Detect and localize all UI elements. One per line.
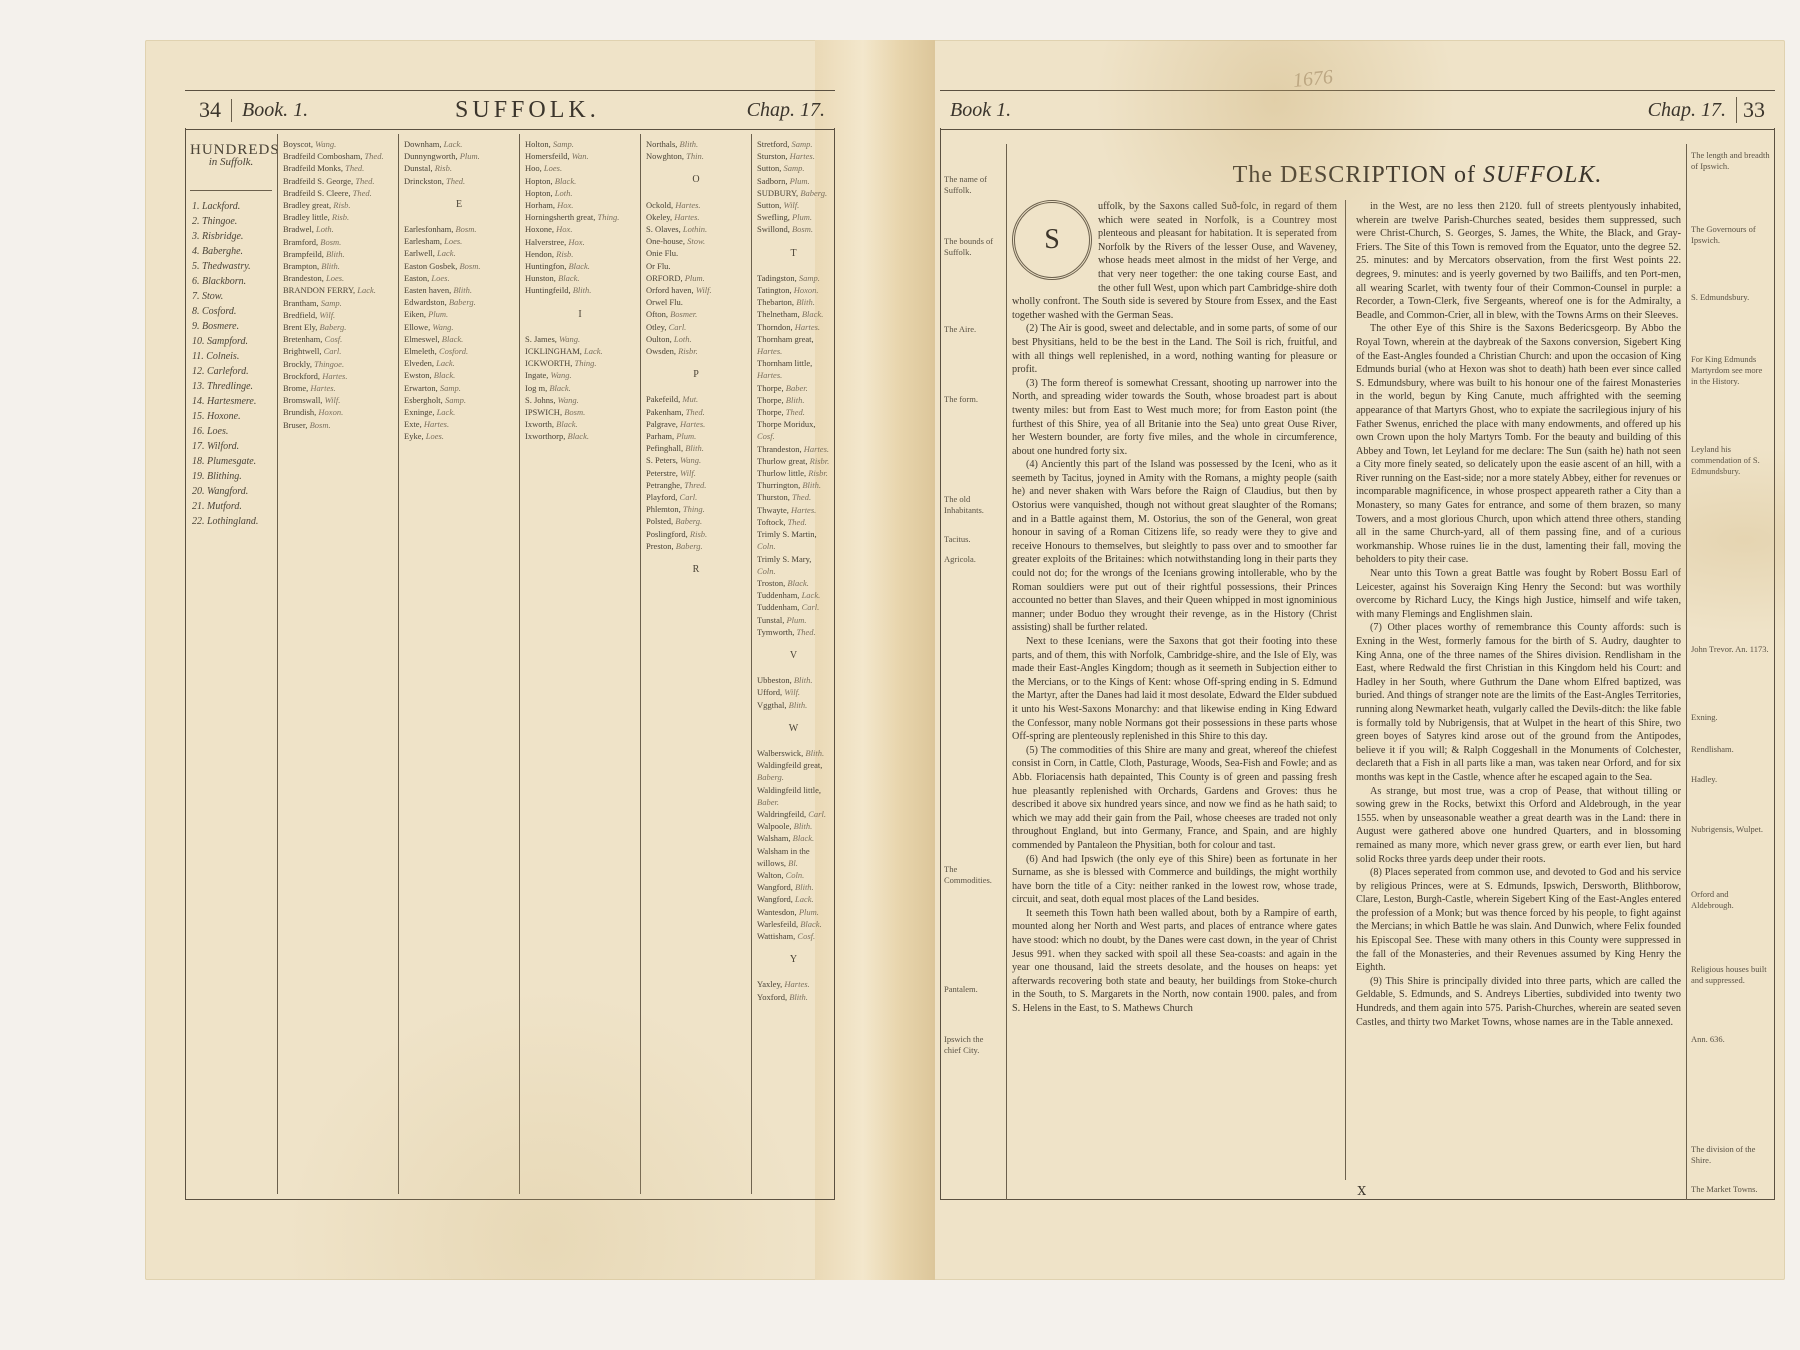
body-paragraph: As strange, but most true, was a crop of… xyxy=(1356,785,1681,867)
ornamental-drop-cap-icon: S xyxy=(1012,200,1092,280)
place-entry: Sutton, Samp. xyxy=(757,162,830,174)
place-entry: Thorpe, Thed. xyxy=(757,406,830,418)
place-entry: Bromswall, Wilf. xyxy=(283,394,393,406)
place-entry: Thurrington, Blith. xyxy=(757,479,830,491)
hundred-item: 14. Hartesmere. xyxy=(192,394,272,409)
place-entry: Bradwel, Loth. xyxy=(283,223,393,235)
place-entry: Thornham great, Hartes. xyxy=(757,333,830,357)
place-entry: Palgrave, Hartes. xyxy=(646,418,746,430)
place-entry: Brockly, Thingoe. xyxy=(283,358,393,370)
place-entry: Trimly S. Martin, Coln. xyxy=(757,528,830,552)
place-entry: Pakenham, Thed. xyxy=(646,406,746,418)
place-entry: Swillond, Bosm. xyxy=(757,223,830,235)
place-entry: Waldingfeild little, Baber. xyxy=(757,784,830,808)
chapter-label: Chap. 17. xyxy=(1648,99,1736,122)
margin-note: The Governours of Ipswich. xyxy=(1687,224,1775,246)
place-entry: Ixworth, Black. xyxy=(525,418,635,430)
place-entry: Brundish, Hoxon. xyxy=(283,406,393,418)
place-entry: Hoo, Loes. xyxy=(525,162,635,174)
hundred-item: 9. Bosmere. xyxy=(192,319,272,334)
place-entry: Otley, Carl. xyxy=(646,321,746,333)
place-entry: Brightwell, Carl. xyxy=(283,345,393,357)
place-entry: Downham, Lack. xyxy=(404,138,514,150)
place-entry: S. Peters, Wang. xyxy=(646,454,746,466)
place-entry: ICKLINGHAM, Lack. xyxy=(525,345,635,357)
margin-note: For King Edmunds Martyrdom see more in t… xyxy=(1687,354,1775,387)
index-column-2: Downham, Lack.Dunnyngworth, Plum.Dunstal… xyxy=(399,134,520,1194)
place-entry: Brockford, Hartes. xyxy=(283,370,393,382)
index-column-1: Boyscot, Wang.Bradfeild Combosham, Thed.… xyxy=(278,134,399,1194)
place-entry: Yoxford, Blith. xyxy=(757,991,830,1003)
margin-note: Hadley. xyxy=(1687,774,1721,785)
place-entry: Hunston, Black. xyxy=(525,272,635,284)
place-entry: Horningsherth great, Thing. xyxy=(525,211,635,223)
place-entry: Swefling, Plum. xyxy=(757,211,830,223)
alphabet-letter: O xyxy=(646,174,746,186)
book-label: Book. 1. xyxy=(231,99,308,122)
body-paragraph: (7) Other places worthy of remembrance t… xyxy=(1356,621,1681,784)
hundred-item: 5. Thedwastry. xyxy=(192,259,272,274)
place-entry: Polsted, Baberg. xyxy=(646,515,746,527)
place-entry: One-house, Stow. xyxy=(646,235,746,247)
place-entry: Homersfeild, Wan. xyxy=(525,150,635,162)
place-entry: Edwardston, Baberg. xyxy=(404,296,514,308)
place-entry: Easten haven, Blith. xyxy=(404,284,514,296)
alphabet-letter: T xyxy=(757,248,830,260)
text-column-1: S uffolk, by the Saxons called Suð-folc,… xyxy=(1012,200,1346,1180)
place-entry: Walberswick, Blith. xyxy=(757,747,830,759)
place-entry: Stretford, Samp. xyxy=(757,138,830,150)
hundred-item: 3. Risbridge. xyxy=(192,229,272,244)
place-entry: Thrandeston, Hartes. xyxy=(757,443,830,455)
margin-note: Religious houses built and suppressed. xyxy=(1687,964,1775,986)
place-entry: Elveden, Lack. xyxy=(404,357,514,369)
place-entry: Thwayte, Hartes. xyxy=(757,504,830,516)
margin-note: The bounds of Suffolk. xyxy=(940,236,1006,258)
hundred-item: 8. Cosford. xyxy=(192,304,272,319)
hundreds-heading: HUNDREDS xyxy=(190,144,272,156)
place-entry: Tadingston, Samp. xyxy=(757,272,830,284)
index-column-4: Northals, Blith.Nowghton, Thin.OOckold, … xyxy=(641,134,752,1194)
place-entry: Wantesdon, Plum. xyxy=(757,906,830,918)
place-entry: Walsham, Black. xyxy=(757,832,830,844)
hundred-item: 20. Wangford. xyxy=(192,484,272,499)
place-entry: S. Johns, Wang. xyxy=(525,394,635,406)
place-entry: Thurston, Thed. xyxy=(757,491,830,503)
place-entry: Tatington, Hoxon. xyxy=(757,284,830,296)
place-entry: ICKWORTH, Thing. xyxy=(525,357,635,369)
place-entry: Vggthal, Blith. xyxy=(757,699,830,711)
place-entry: S. James, Wang. xyxy=(525,333,635,345)
margin-note: Pantalem. xyxy=(940,984,982,995)
hundred-item: 22. Lothingland. xyxy=(192,514,272,529)
hundred-item: 10. Sampford. xyxy=(192,334,272,349)
place-entry: Waldringfeild, Carl. xyxy=(757,808,830,820)
alphabet-letter: W xyxy=(757,723,830,735)
hundreds-list: 1. Lackford.2. Thingoe.3. Risbridge.4. B… xyxy=(192,199,272,529)
place-entry: Tuddenham, Lack. xyxy=(757,589,830,601)
margin-note: Rendlisham. xyxy=(1687,744,1738,755)
place-entry: Ellowe, Wang. xyxy=(404,321,514,333)
body-paragraph: in the West, are no less then 2120. full… xyxy=(1356,200,1681,322)
place-entry: Easton, Loes. xyxy=(404,272,514,284)
place-entry: Onie Flu. xyxy=(646,247,746,259)
index-column-3: Holton, Samp.Homersfeild, Wan.Hoo, Loes.… xyxy=(520,134,641,1194)
margin-note: The form. xyxy=(940,394,982,405)
running-head-left: 34 Book. 1. SUFFOLK. Chap. 17. xyxy=(185,90,835,130)
place-entry: Thornham little, Hartes. xyxy=(757,357,830,381)
book-label: Book 1. xyxy=(940,99,1011,122)
place-entry: Wattisham, Cosf. xyxy=(757,930,830,942)
place-entry: Brampfeild, Blith. xyxy=(283,248,393,260)
place-entry: Bretenham, Cosf. xyxy=(283,333,393,345)
place-entry: Hendon, Risb. xyxy=(525,248,635,260)
place-entry: Bradfeild S. Cleere, Thed. xyxy=(283,187,393,199)
index-columns: HUNDREDS in Suffolk. 1. Lackford.2. Thin… xyxy=(185,134,835,1194)
place-entry: Esbergholt, Samp. xyxy=(404,394,514,406)
place-entry: SUDBURY, Baberg. xyxy=(757,187,830,199)
place-entry: Earlwell, Lack. xyxy=(404,247,514,259)
hundreds-column: HUNDREDS in Suffolk. 1. Lackford.2. Thin… xyxy=(185,134,278,1194)
place-entry: Trimly S. Mary, Coln. xyxy=(757,553,830,577)
margin-note: Ann. 636. xyxy=(1687,1034,1729,1045)
hundred-item: 13. Thredlinge. xyxy=(192,379,272,394)
place-entry: Hoxone, Hox. xyxy=(525,223,635,235)
margin-note: Exning. xyxy=(1687,712,1722,723)
hundred-item: 19. Blithing. xyxy=(192,469,272,484)
place-entry: Toftock, Thed. xyxy=(757,516,830,528)
body-paragraph: Next to these Icenians, were the Saxons … xyxy=(1012,635,1337,744)
hundred-item: 16. Loes. xyxy=(192,424,272,439)
place-entry: Sturston, Hartes. xyxy=(757,150,830,162)
place-entry: Ixworthorp, Black. xyxy=(525,430,635,442)
body-paragraph: (8) Places seperated from common use, an… xyxy=(1356,866,1681,975)
place-entry: Owsden, Risbr. xyxy=(646,345,746,357)
place-entry: Northals, Blith. xyxy=(646,138,746,150)
atlas-sheet: 1676 15 34 Book. 1. SUFFOLK. Chap. 17. H… xyxy=(145,40,1785,1280)
hundred-item: 21. Mutford. xyxy=(192,499,272,514)
hundred-item: 4. Baberghe. xyxy=(192,244,272,259)
place-entry: Elmeswel, Black. xyxy=(404,333,514,345)
place-entry: Iog m, Black. xyxy=(525,382,635,394)
text-column-2: in the West, are no less then 2120. full… xyxy=(1356,200,1681,1180)
place-entry: Wangford, Lack. xyxy=(757,893,830,905)
hundred-item: 12. Carleford. xyxy=(192,364,272,379)
place-entry: Earlesham, Loes. xyxy=(404,235,514,247)
place-entry: Ufford, Wilf. xyxy=(757,686,830,698)
margin-note: Agricola. xyxy=(940,554,980,565)
place-entry: Waldingfeild great, Baberg. xyxy=(757,759,830,783)
place-entry: Drinckston, Thed. xyxy=(404,175,514,187)
margin-note: S. Edmundsbury. xyxy=(1687,292,1753,303)
place-entry: Bradfeild Combosham, Thed. xyxy=(283,150,393,162)
alphabet-letter: V xyxy=(757,650,830,662)
place-entry: Thorpe, Blith. xyxy=(757,394,830,406)
place-entry: Orford haven, Wilf. xyxy=(646,284,746,296)
place-entry: Easton Gosbek, Bosm. xyxy=(404,260,514,272)
place-entry: Hopton, Black. xyxy=(525,175,635,187)
place-entry: Ewston, Black. xyxy=(404,369,514,381)
place-entry: Brantham, Samp. xyxy=(283,297,393,309)
place-entry: Ofton, Bosmer. xyxy=(646,308,746,320)
place-entry: Eiken, Plum. xyxy=(404,308,514,320)
place-entry: Holton, Samp. xyxy=(525,138,635,150)
place-entry: Ingate, Wang. xyxy=(525,369,635,381)
place-entry: Eyke, Loes. xyxy=(404,430,514,442)
place-entry: Petranghe, Thred. xyxy=(646,479,746,491)
place-entry: Brent Ely, Baberg. xyxy=(283,321,393,333)
alphabet-letter: P xyxy=(646,369,746,381)
place-entry: Thorpe, Baber. xyxy=(757,382,830,394)
county-name: SUFFOLK. xyxy=(1483,162,1602,188)
place-entry: Huntingfon, Black. xyxy=(525,260,635,272)
hundred-item: 1. Lackford. xyxy=(192,199,272,214)
margin-note: The old Inhabitants. xyxy=(940,494,1006,516)
margin-note: John Trevor. An. 1173. xyxy=(1687,644,1773,655)
hundred-item: 15. Hoxone. xyxy=(192,409,272,424)
place-entry: Yaxley, Hartes. xyxy=(757,978,830,990)
place-entry: Preston, Baberg. xyxy=(646,540,746,552)
place-entry: Parham, Plum. xyxy=(646,430,746,442)
place-entry: Thelnetham, Black. xyxy=(757,308,830,320)
place-entry: Brome, Hartes. xyxy=(283,382,393,394)
hundred-item: 17. Wilford. xyxy=(192,439,272,454)
place-entry: Boyscot, Wang. xyxy=(283,138,393,150)
place-entry: Thorpe Moridux, Cosf. xyxy=(757,418,830,442)
place-entry: Thurlow little, Risbr. xyxy=(757,467,830,479)
place-entry: Walpoole, Blith. xyxy=(757,820,830,832)
place-entry: Thorndon, Hartes. xyxy=(757,321,830,333)
place-entry: Pefinghall, Blith. xyxy=(646,442,746,454)
left-page-index: 34 Book. 1. SUFFOLK. Chap. 17. HUNDREDS … xyxy=(185,90,835,1200)
place-entry: Walton, Coln. xyxy=(757,869,830,881)
place-entry: Earlesfonham, Bosm. xyxy=(404,223,514,235)
place-entry: Elmeleth, Cosford. xyxy=(404,345,514,357)
margin-note: The name of Suffolk. xyxy=(940,174,1006,196)
place-entry: Bradfeild S. George, Thed. xyxy=(283,175,393,187)
place-entry: Erwarton, Samp. xyxy=(404,382,514,394)
body-paragraph: It seemeth this Town hath been walled ab… xyxy=(1012,907,1337,1016)
county-title: SUFFOLK. xyxy=(308,97,747,124)
place-entry: Exte, Hartes. xyxy=(404,418,514,430)
place-entry: Playford, Carl. xyxy=(646,491,746,503)
page-number: 34 xyxy=(185,97,231,123)
place-entry: Pakefeild, Mut. xyxy=(646,393,746,405)
hundred-item: 6. Blackborn. xyxy=(192,274,272,289)
place-entry: Tymworth, Thed. xyxy=(757,626,830,638)
place-entry: Bradley great, Risb. xyxy=(283,199,393,211)
body-paragraph: (2) The Air is good, sweet and delectabl… xyxy=(1012,322,1337,376)
place-entry: Hopton, Loth. xyxy=(525,187,635,199)
place-entry: ORFORD, Plum. xyxy=(646,272,746,284)
hundred-item: 11. Colneis. xyxy=(192,349,272,364)
signature-mark: X xyxy=(1358,1184,1367,1198)
place-entry: Walsham in the willows, Bl. xyxy=(757,845,830,869)
chapter-label: Chap. 17. xyxy=(747,99,835,122)
place-entry: Bruser, Bosm. xyxy=(283,419,393,431)
margin-note: Leyland his commendation of S. Edmundsbu… xyxy=(1687,444,1775,477)
index-column-5: Stretford, Samp.Sturston, Hartes.Sutton,… xyxy=(752,134,835,1194)
alphabet-letter: E xyxy=(404,199,514,211)
place-entry: Bredfield, Wilf. xyxy=(283,309,393,321)
body-paragraph: (5) The commodities of this Shire are ma… xyxy=(1012,744,1337,853)
place-entry: Horham, Hox. xyxy=(525,199,635,211)
place-entry: Exninge, Lack. xyxy=(404,406,514,418)
pencil-date-annotation: 1676 xyxy=(1292,66,1334,93)
margin-note: The Commodities. xyxy=(940,864,1006,886)
place-entry: Brampton, Blith. xyxy=(283,260,393,272)
place-entry: Ockold, Hartes. xyxy=(646,199,746,211)
margin-note: The Market Towns. xyxy=(1687,1184,1762,1195)
body-paragraph: Near unto this Town a great Battle was f… xyxy=(1356,567,1681,621)
place-entry: Wangford, Blith. xyxy=(757,881,830,893)
place-entry: Warlesfeild, Black. xyxy=(757,918,830,930)
place-entry: Thebarton, Blith. xyxy=(757,296,830,308)
place-entry: Tuddenham, Carl. xyxy=(757,601,830,613)
hundred-item: 2. Thingoe. xyxy=(192,214,272,229)
place-entry: IPSWICH, Bosm. xyxy=(525,406,635,418)
body-paragraph: (3) The form thereof is somewhat Cressan… xyxy=(1012,377,1337,459)
description-body: S uffolk, by the Saxons called Suð-folc,… xyxy=(1012,200,1681,1180)
margin-note: The Aire. xyxy=(940,324,980,335)
place-entry: Thurlow great, Risbr. xyxy=(757,455,830,467)
running-head-right: Book 1. Chap. 17. 33 xyxy=(940,90,1775,130)
hundreds-subheading: in Suffolk. xyxy=(190,156,272,191)
margin-note: Tacitus. xyxy=(940,534,975,545)
place-entry: Bradley little, Risb. xyxy=(283,211,393,223)
place-entry: Phlemton, Thing. xyxy=(646,503,746,515)
body-paragraph: The other Eye of this Shire is the Saxon… xyxy=(1356,322,1681,567)
right-margin-notes: The length and breadth of Ipswich.The Go… xyxy=(1686,144,1775,1200)
right-page-description: Book 1. Chap. 17. 33 The name of Suffolk… xyxy=(940,90,1775,1200)
place-entry: Troston, Black. xyxy=(757,577,830,589)
place-entry: Peterstre, Wilf. xyxy=(646,467,746,479)
left-margin-notes: The name of Suffolk.The bounds of Suffol… xyxy=(940,144,1007,1200)
alphabet-letter: Y xyxy=(757,954,830,966)
description-title: The DESCRIPTION of SUFFOLK. xyxy=(1060,162,1775,189)
place-entry: Sadborn, Plum. xyxy=(757,175,830,187)
place-entry: Poslingford, Risb. xyxy=(646,528,746,540)
place-entry: BRANDON FERRY, Lack. xyxy=(283,284,393,296)
margin-note: Ipswich the chief City. xyxy=(940,1034,1006,1056)
place-entry: Ubbeston, Blith. xyxy=(757,674,830,686)
place-entry: S. Olaves, Lothin. xyxy=(646,223,746,235)
place-entry: Tunstal, Plum. xyxy=(757,614,830,626)
alphabet-letter: I xyxy=(525,309,635,321)
alphabet-letter: R xyxy=(646,564,746,576)
margin-note: Nubrigensis, Wulpet. xyxy=(1687,824,1767,835)
place-entry: Oulton, Loth. xyxy=(646,333,746,345)
place-entry: Bradfeild Monks, Thed. xyxy=(283,162,393,174)
body-paragraph: (9) This Shire is principally divided in… xyxy=(1356,975,1681,1029)
place-entry: Huntingfeild, Blith. xyxy=(525,284,635,296)
body-paragraph: (4) Anciently this part of the Island wa… xyxy=(1012,458,1337,635)
place-entry: Brandeston, Loes. xyxy=(283,272,393,284)
hundred-item: 18. Plumesgate. xyxy=(192,454,272,469)
margin-note: The division of the Shire. xyxy=(1687,1144,1775,1166)
place-entry: Sutton, Wilf. xyxy=(757,199,830,211)
place-entry: Halverstree, Hox. xyxy=(525,236,635,248)
place-entry: Dunnyngworth, Plum. xyxy=(404,150,514,162)
margin-note: Orford and Aldebrough. xyxy=(1687,889,1775,911)
place-entry: Or Flu. xyxy=(646,260,746,272)
place-entry: Okeley, Hartes. xyxy=(646,211,746,223)
body-paragraph: (6) And had Ipswich (the only eye of thi… xyxy=(1012,853,1337,907)
place-entry: Dunstal, Risb. xyxy=(404,162,514,174)
page-number: 33 xyxy=(1736,97,1775,123)
place-entry: Bramford, Bosm. xyxy=(283,236,393,248)
hundred-item: 7. Stow. xyxy=(192,289,272,304)
place-entry: Orwel Flu. xyxy=(646,296,746,308)
place-entry: Nowghton, Thin. xyxy=(646,150,746,162)
